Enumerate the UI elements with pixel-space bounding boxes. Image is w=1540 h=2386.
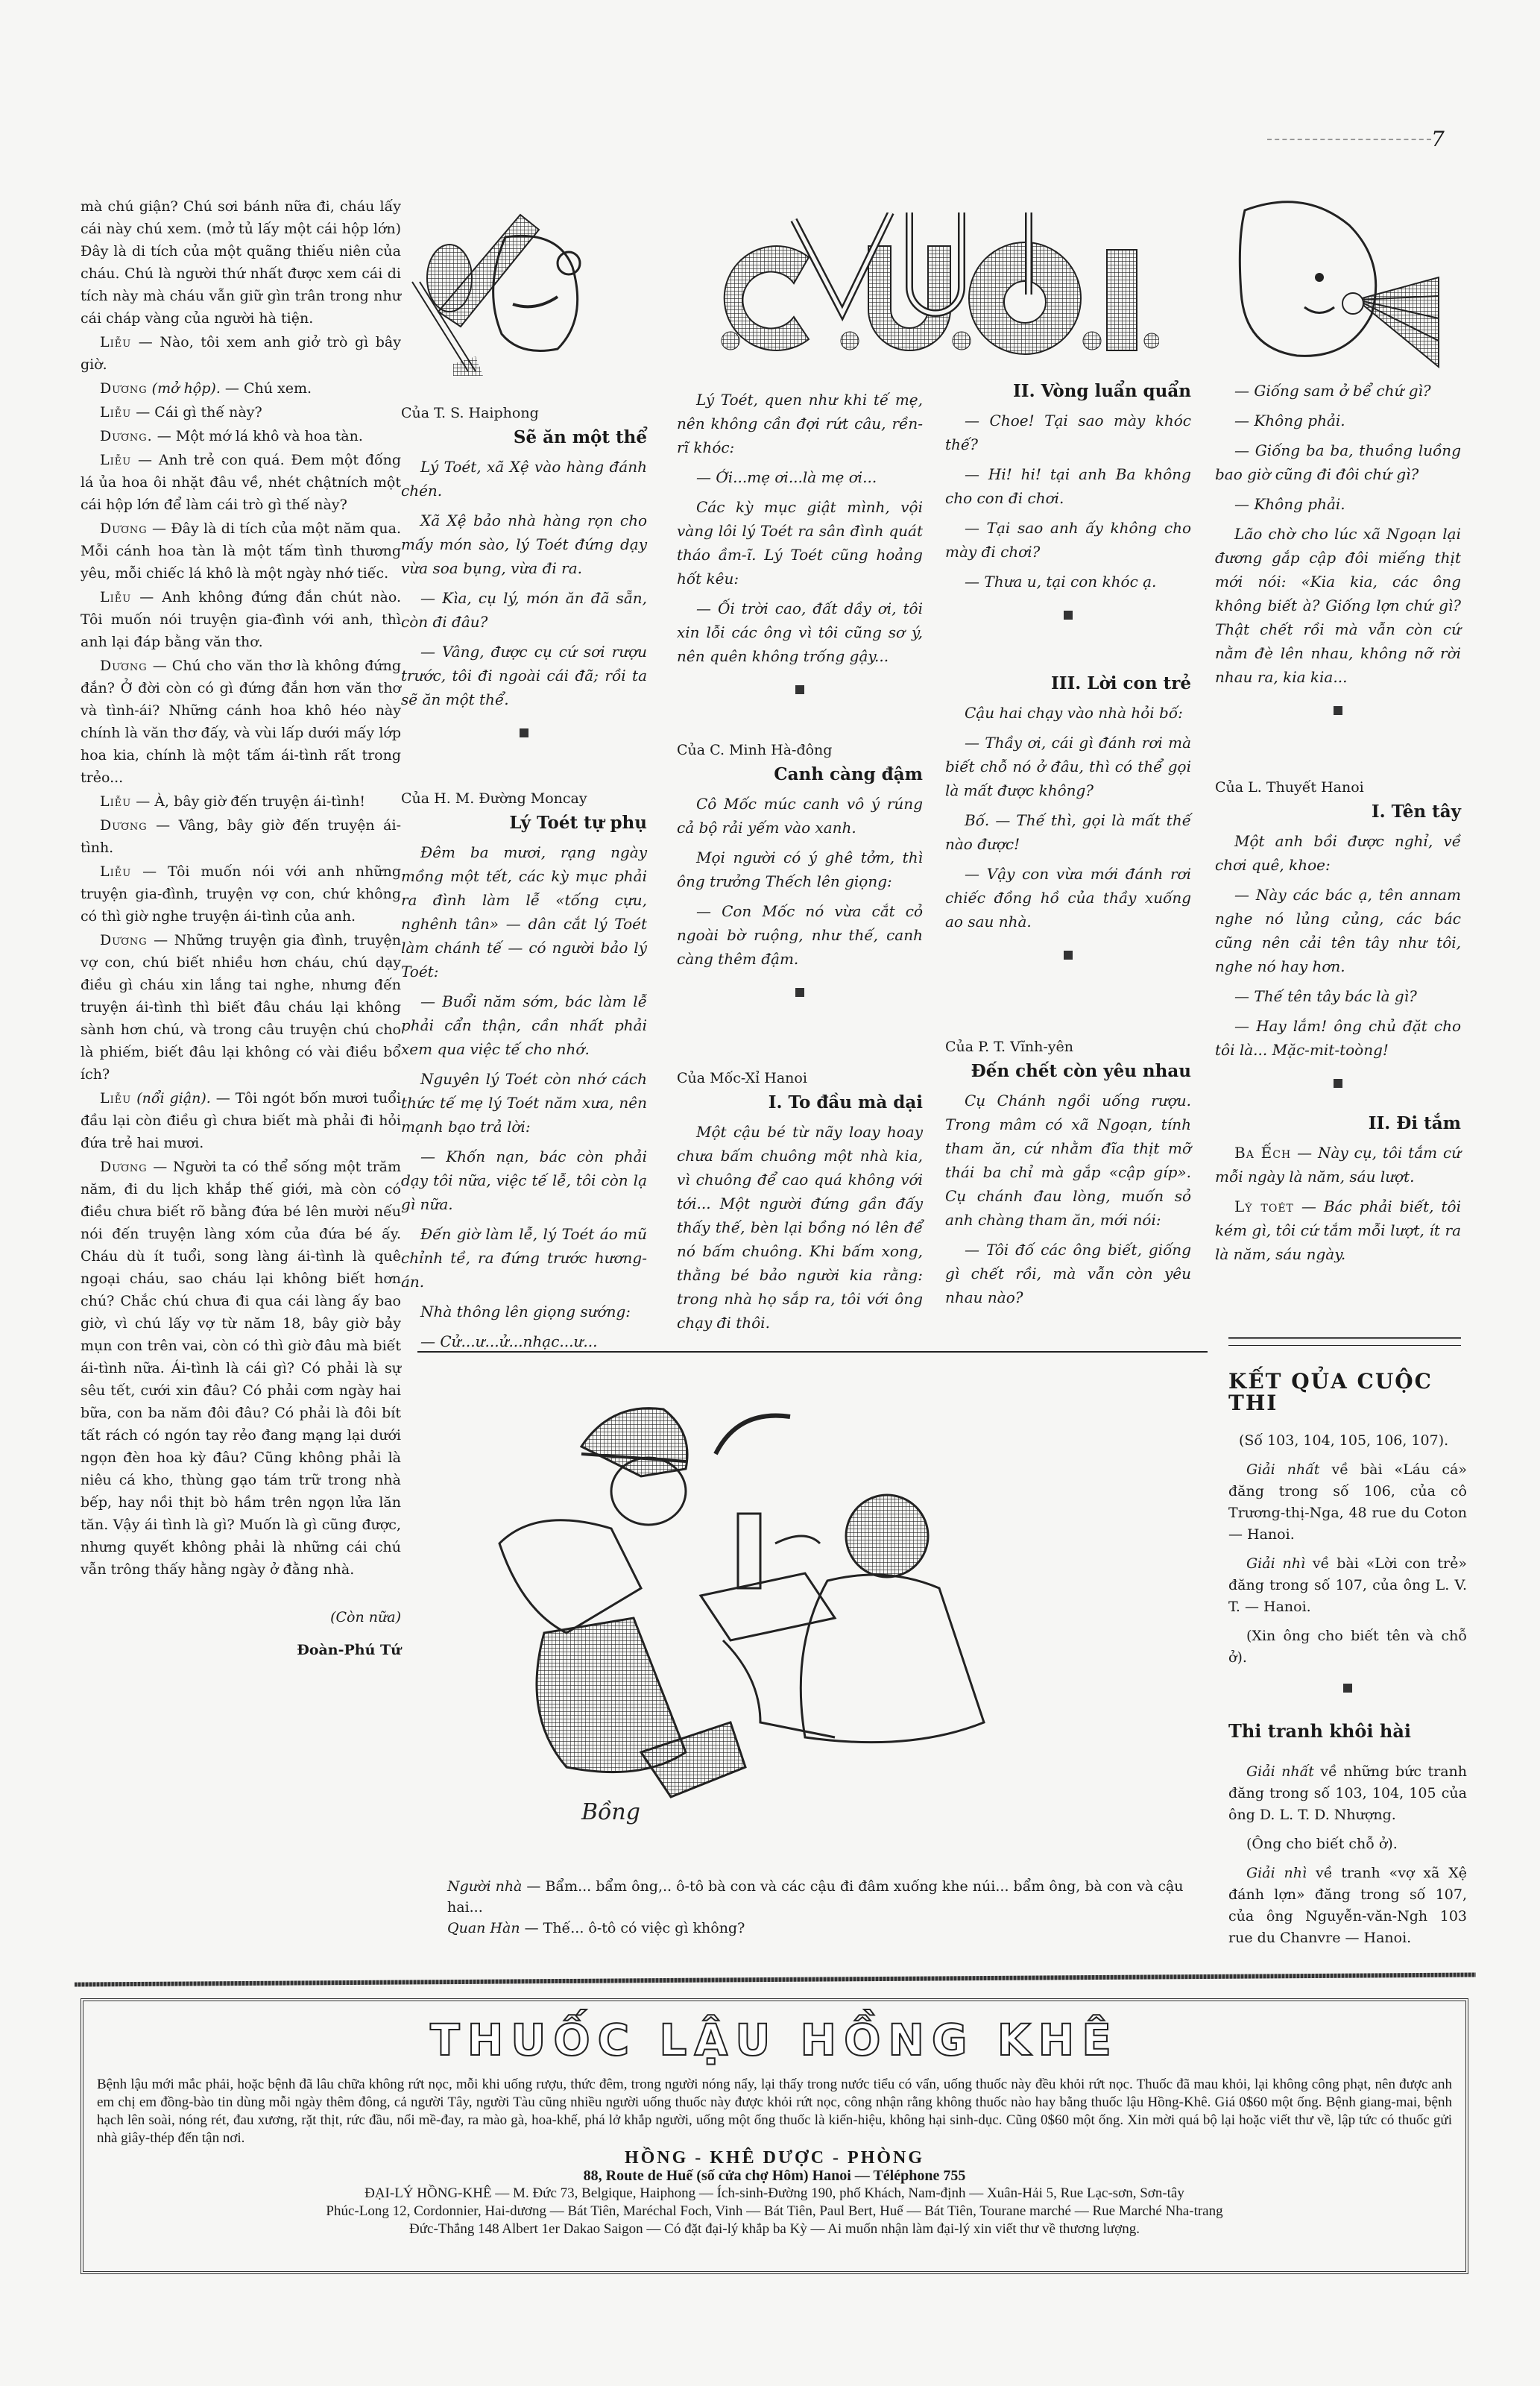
- joke-paragraph: — Vậy con vừa mới đánh rơi chiếc đồng hồ…: [945, 862, 1191, 934]
- joke-contributor: Của P. T. Vĩnh-yên: [945, 1035, 1191, 1059]
- play-author: Đoàn-Phú Tứ: [81, 1639, 401, 1661]
- joke-paragraph: Lý Toét, quen như khi tế mẹ, nên không c…: [677, 388, 923, 459]
- joke-paragraph: Một anh bồi được nghỉ, về chơi quê, khoe…: [1215, 829, 1461, 877]
- joke-paragraph: — Thế tên tây bác là gì?: [1215, 984, 1461, 1008]
- old-man-cartoon-icon: [408, 200, 632, 379]
- joke-paragraph: Bố. — Thế thì, gọi là mất thế nào được!: [945, 808, 1191, 856]
- joke-paragraph: — Tại sao anh ấy không cho mày đi chơi?: [945, 516, 1191, 564]
- joke-paragraph: Nguyên lý Toét còn nhớ cách thức tế mẹ l…: [401, 1067, 647, 1139]
- joke-title: I. To đầu mà dại: [677, 1092, 923, 1114]
- cartoon-caption: Người nhà — Bẩm... bẩm ông,.. ô-tô bà co…: [447, 1876, 1185, 1939]
- section-separator-icon: [1215, 1071, 1461, 1095]
- joke-paragraph: — Giống sam ở bể chứ gì?: [1215, 379, 1461, 403]
- joke-paragraph: — Hi! hi! tại anh Ba không cho con đi ch…: [945, 462, 1191, 510]
- joke-title: Lý Toét tự phụ: [401, 812, 647, 834]
- ad-description: Bệnh lậu mới mắc phải, hoặc bệnh đã lâu …: [97, 2076, 1452, 2147]
- joke-paragraph: Ba Ếch — Này cụ, tôi tắm cứ mỗi ngày là …: [1215, 1141, 1461, 1189]
- contest-issues: (Số 103, 104, 105, 106, 107).: [1228, 1430, 1467, 1452]
- section-separator-icon: [677, 677, 923, 701]
- joke-paragraph: Nhà thông lên giọng sướng:: [401, 1300, 647, 1323]
- joke-contributor: Của Mốc-Xỉ Hanoi: [677, 1066, 923, 1090]
- joke-paragraph: Lão chờ cho lúc xã Ngoạn lại đương gắp c…: [1215, 522, 1461, 689]
- ad-agents-line: Đức-Thắng 148 Albert 1er Dakao Saigon — …: [97, 2220, 1452, 2238]
- hong-khe-advertisement: THUỐC LẬU HỒNG KHÊ Bệnh lậu mới mắc phải…: [81, 1998, 1468, 2274]
- ad-title: THUỐC LẬU HỒNG KHÊ: [83, 2015, 1465, 2065]
- joke-paragraph: — Thưa u, tại con khóc ạ.: [945, 570, 1191, 594]
- joke-canh-cang-dam: Của C. Minh Hà-đông Canh càng đậm Cô Mốc…: [677, 738, 923, 1022]
- joke-contributor: Của C. Minh Hà-đông: [677, 738, 923, 762]
- ad-company: HỒNG - KHÊ DƯỢC - PHÒNG: [97, 2149, 1452, 2167]
- vui-cuoi-logo-icon: [719, 213, 1159, 362]
- joke-paragraph: — Hay lắm! ông chủ đặt cho tôi là... Mặc…: [1215, 1014, 1461, 1062]
- ad-agents-line: ĐẠI-LÝ HỒNG-KHÊ — M. Đức 73, Belgique, H…: [97, 2185, 1452, 2203]
- man-with-fan-cartoon-icon: [1222, 195, 1446, 382]
- ad-address: 88, Route de Huế (số cửa chợ Hôm) Hanoi …: [97, 2167, 1452, 2185]
- joke-paragraph: Cụ Chánh ngồi uống rượu. Trong mâm có xã…: [945, 1089, 1191, 1232]
- joke-title: II. Đi tắm: [1215, 1112, 1461, 1135]
- play-paragraph: Liễu — À, bây giờ đến truyện ái-tình!: [81, 790, 401, 813]
- joke-ten-tay: Của L. Thuyết Hanoi I. Tên tây Một anh b…: [1215, 775, 1461, 1272]
- contest-prize: Giải nhất về những bức tranh đăng trong …: [1228, 1761, 1467, 1826]
- joke-title: I. Tên tây: [1215, 801, 1461, 823]
- joke-se-an-mot-the: Của T. S. Haiphong Sẽ ăn một thể Lý Toét…: [401, 401, 647, 762]
- contest-note: (Ông cho biết chỗ ở).: [1228, 1833, 1467, 1855]
- page-number: 7: [1431, 127, 1445, 151]
- play-paragraph: Liễu — Tôi muốn nói với anh những truyện…: [81, 860, 401, 928]
- joke-den-chet-continued: — Giống sam ở bể chứ gì? — Không phải. —…: [1215, 379, 1461, 740]
- joke-contributor: Của T. S. Haiphong: [401, 401, 647, 425]
- play-paragraph: Dương — Người ta có thể sống một trăm nă…: [81, 1156, 401, 1581]
- joke-paragraph: Đến giờ làm lễ, lý Toét áo mũ chỉnh tề, …: [401, 1222, 647, 1294]
- joke-paragraph: — Không phải.: [1215, 409, 1461, 432]
- joke-contributor: Của L. Thuyết Hanoi: [1215, 775, 1461, 799]
- top-rule: [1267, 139, 1431, 140]
- play-paragraph: Dương — Vâng, bây giờ đến truyện ái-tình…: [81, 814, 401, 859]
- joke-title: II. Vòng luẩn quẩn: [945, 380, 1191, 403]
- contest-prize: Giải nhất về bài «Láu cá» đăng trong số …: [1228, 1459, 1467, 1546]
- contest-heading: KẾT QỦA CUỘC THI: [1228, 1370, 1467, 1414]
- caption-line: Quan Hàn — Thế... ô-tô có việc gì không?: [447, 1918, 1185, 1939]
- joke-paragraph: Một cậu bé từ nãy loay hoay chưa bấm chu…: [677, 1120, 923, 1335]
- two-men-at-table-cartoon-icon: Bồng: [492, 1364, 1058, 1857]
- joke-paragraph: — Vâng, được cụ cứ sơi rượu trước, tôi đ…: [401, 640, 647, 711]
- play-paragraph: Dương — Đây là di tích của một năm qua. …: [81, 517, 401, 585]
- joke-title: Đến chết còn yêu nhau: [945, 1060, 1191, 1083]
- contest-prize: Giải nhì về tranh «vợ xã Xệ đánh lợn» đă…: [1228, 1863, 1467, 1949]
- joke-paragraph: — Kìa, cụ lý, món ăn đã sẵn, còn đi đâu?: [401, 586, 647, 634]
- cartoon-top-rule: [417, 1351, 1208, 1353]
- play-paragraph: Dương — Những truyện gia đình, truyện vợ…: [81, 929, 401, 1086]
- play-paragraph: mà chú giận? Chú sơi bánh nữa đi, cháu l…: [81, 195, 401, 330]
- play-paragraph: Dương (mở hộp). — Chú xem.: [81, 377, 401, 400]
- joke-contributor: Của H. M. Đường Moncay: [401, 787, 647, 810]
- joke-paragraph: — Ới...mẹ ơi...là mẹ ơi...: [677, 465, 923, 489]
- joke-paragraph: — Không phải.: [1215, 492, 1461, 516]
- joke-paragraph: — Buổi năm sớm, bác làm lễ phải cẩn thận…: [401, 989, 647, 1061]
- joke-title: Sẽ ăn một thể: [401, 426, 647, 449]
- joke-paragraph: Đêm ba mươi, rạng ngày mồng một tết, các…: [401, 840, 647, 983]
- contest-prize: Giải nhì về bài «Lời con trẻ» đăng trong…: [1228, 1553, 1467, 1618]
- joke-title: III. Lời con trẻ: [945, 673, 1191, 695]
- joke-paragraph: — Cử...ư...ử...nhạc...ư...: [401, 1329, 647, 1353]
- section-separator-icon: [677, 980, 923, 1004]
- artist-signature: Bồng: [581, 1799, 640, 1825]
- joke-paragraph: — Giống ba ba, thuồng luồng bao giờ cũng…: [1215, 438, 1461, 486]
- joke-vong-luan-quan: II. Vòng luẩn quẩn — Choe! Tại sao mày k…: [945, 379, 1191, 644]
- joke-paragraph: Các kỳ mục giật mình, vội vàng lôi lý To…: [677, 495, 923, 591]
- joke-paragraph: Lý Toét, xã Xệ vào hàng đánh chén.: [401, 455, 647, 503]
- joke-paragraph: — Choe! Tại sao mày khóc thế?: [945, 409, 1191, 456]
- joke-paragraph: Xã Xệ bảo nhà hàng rọn cho mấy món sào, …: [401, 509, 647, 580]
- play-paragraph: Liễu — Anh không đứng đắn chút nào. Tôi …: [81, 586, 401, 653]
- play-column: mà chú giận? Chú sơi bánh nữa đi, cháu l…: [81, 195, 401, 1661]
- section-separator-icon: [945, 602, 1191, 626]
- joke-paragraph: Cô Mốc múc canh vô ý rúng cả bộ rải yếm …: [677, 792, 923, 840]
- joke-paragraph: — Này các bác ạ, tên annam nghe nó lủng …: [1215, 883, 1461, 978]
- contest-divider: [1228, 1337, 1461, 1346]
- caption-line: Người nhà — Bẩm... bẩm ông,.. ô-tô bà co…: [447, 1876, 1185, 1918]
- joke-ly-toet-continued: Lý Toét, quen như khi tế mẹ, nên không c…: [677, 388, 923, 719]
- contest-note: (Xin ông cho biết tên và chỗ ở).: [1228, 1625, 1467, 1669]
- joke-paragraph: Cậu hai chạy vào nhà hỏi bố:: [945, 701, 1191, 725]
- joke-paragraph: Mọi người có ý ghê tởm, thì ông trưởng T…: [677, 846, 923, 893]
- joke-paragraph: — Thầy ơi, cái gì đánh rơi mà biết chỗ n…: [945, 731, 1191, 802]
- joke-paragraph: — Con Mốc nó vừa cắt cỏ ngoài bờ ruộng, …: [677, 899, 923, 971]
- joke-to-dau-ma-dai: Của Mốc-Xỉ Hanoi I. To đầu mà dại Một cậ…: [677, 1066, 923, 1341]
- ad-top-border: [75, 1972, 1476, 1986]
- joke-ly-toet-tu-phu: Của H. M. Đường Moncay Lý Toét tự phụ Đê…: [401, 787, 647, 1359]
- play-paragraph: Dương — Chú cho văn thơ là không đứng đắ…: [81, 655, 401, 789]
- play-paragraph: Dương. — Một mớ lá khô và hoa tàn.: [81, 425, 401, 447]
- joke-paragraph: — Ối trời cao, đất dầy ơi, tôi xin lỗi c…: [677, 596, 923, 668]
- contest-results: KẾT QỦA CUỘC THI (Số 103, 104, 105, 106,…: [1228, 1370, 1467, 1957]
- section-separator-icon: [1228, 1678, 1467, 1699]
- ad-body: Bệnh lậu mới mắc phải, hoặc bệnh đã lâu …: [97, 2076, 1452, 2238]
- joke-loi-con-tre: III. Lời con trẻ Cậu hai chạy vào nhà hỏ…: [945, 671, 1191, 984]
- joke-title: Canh càng đậm: [677, 764, 923, 786]
- section-separator-icon: [401, 720, 647, 744]
- play-paragraph: Liễu — Cái gì thế này?: [81, 401, 401, 424]
- joke-paragraph: — Khốn nạn, bác còn phải dạy tôi nữa, vi…: [401, 1145, 647, 1216]
- joke-paragraph: Lý toét — Bác phải biết, tôi kém gì, tôi…: [1215, 1194, 1461, 1266]
- section-separator-icon: [945, 942, 1191, 966]
- drawing-contest-heading: Thi tranh khôi hài: [1228, 1720, 1467, 1742]
- play-paragraph: Liễu — Nào, tôi xem anh giở trò gì bây g…: [81, 331, 401, 376]
- ad-agents-line: Phúc-Long 12, Cordonnier, Hai-dương — Bá…: [97, 2203, 1452, 2220]
- play-paragraph: Liễu — Anh trẻ con quá. Đem một đống lá …: [81, 449, 401, 516]
- play-paragraph: Liễu (nổi giận). — Tôi ngót bốn mươi tuổ…: [81, 1087, 401, 1154]
- continued-note: (Còn nữa): [81, 1606, 401, 1628]
- joke-paragraph: — Tôi đố các ông biết, giống gì chết rồi…: [945, 1238, 1191, 1309]
- section-separator-icon: [1215, 698, 1461, 722]
- joke-den-chet: Của P. T. Vĩnh-yên Đến chết còn yêu nhau…: [945, 1035, 1191, 1315]
